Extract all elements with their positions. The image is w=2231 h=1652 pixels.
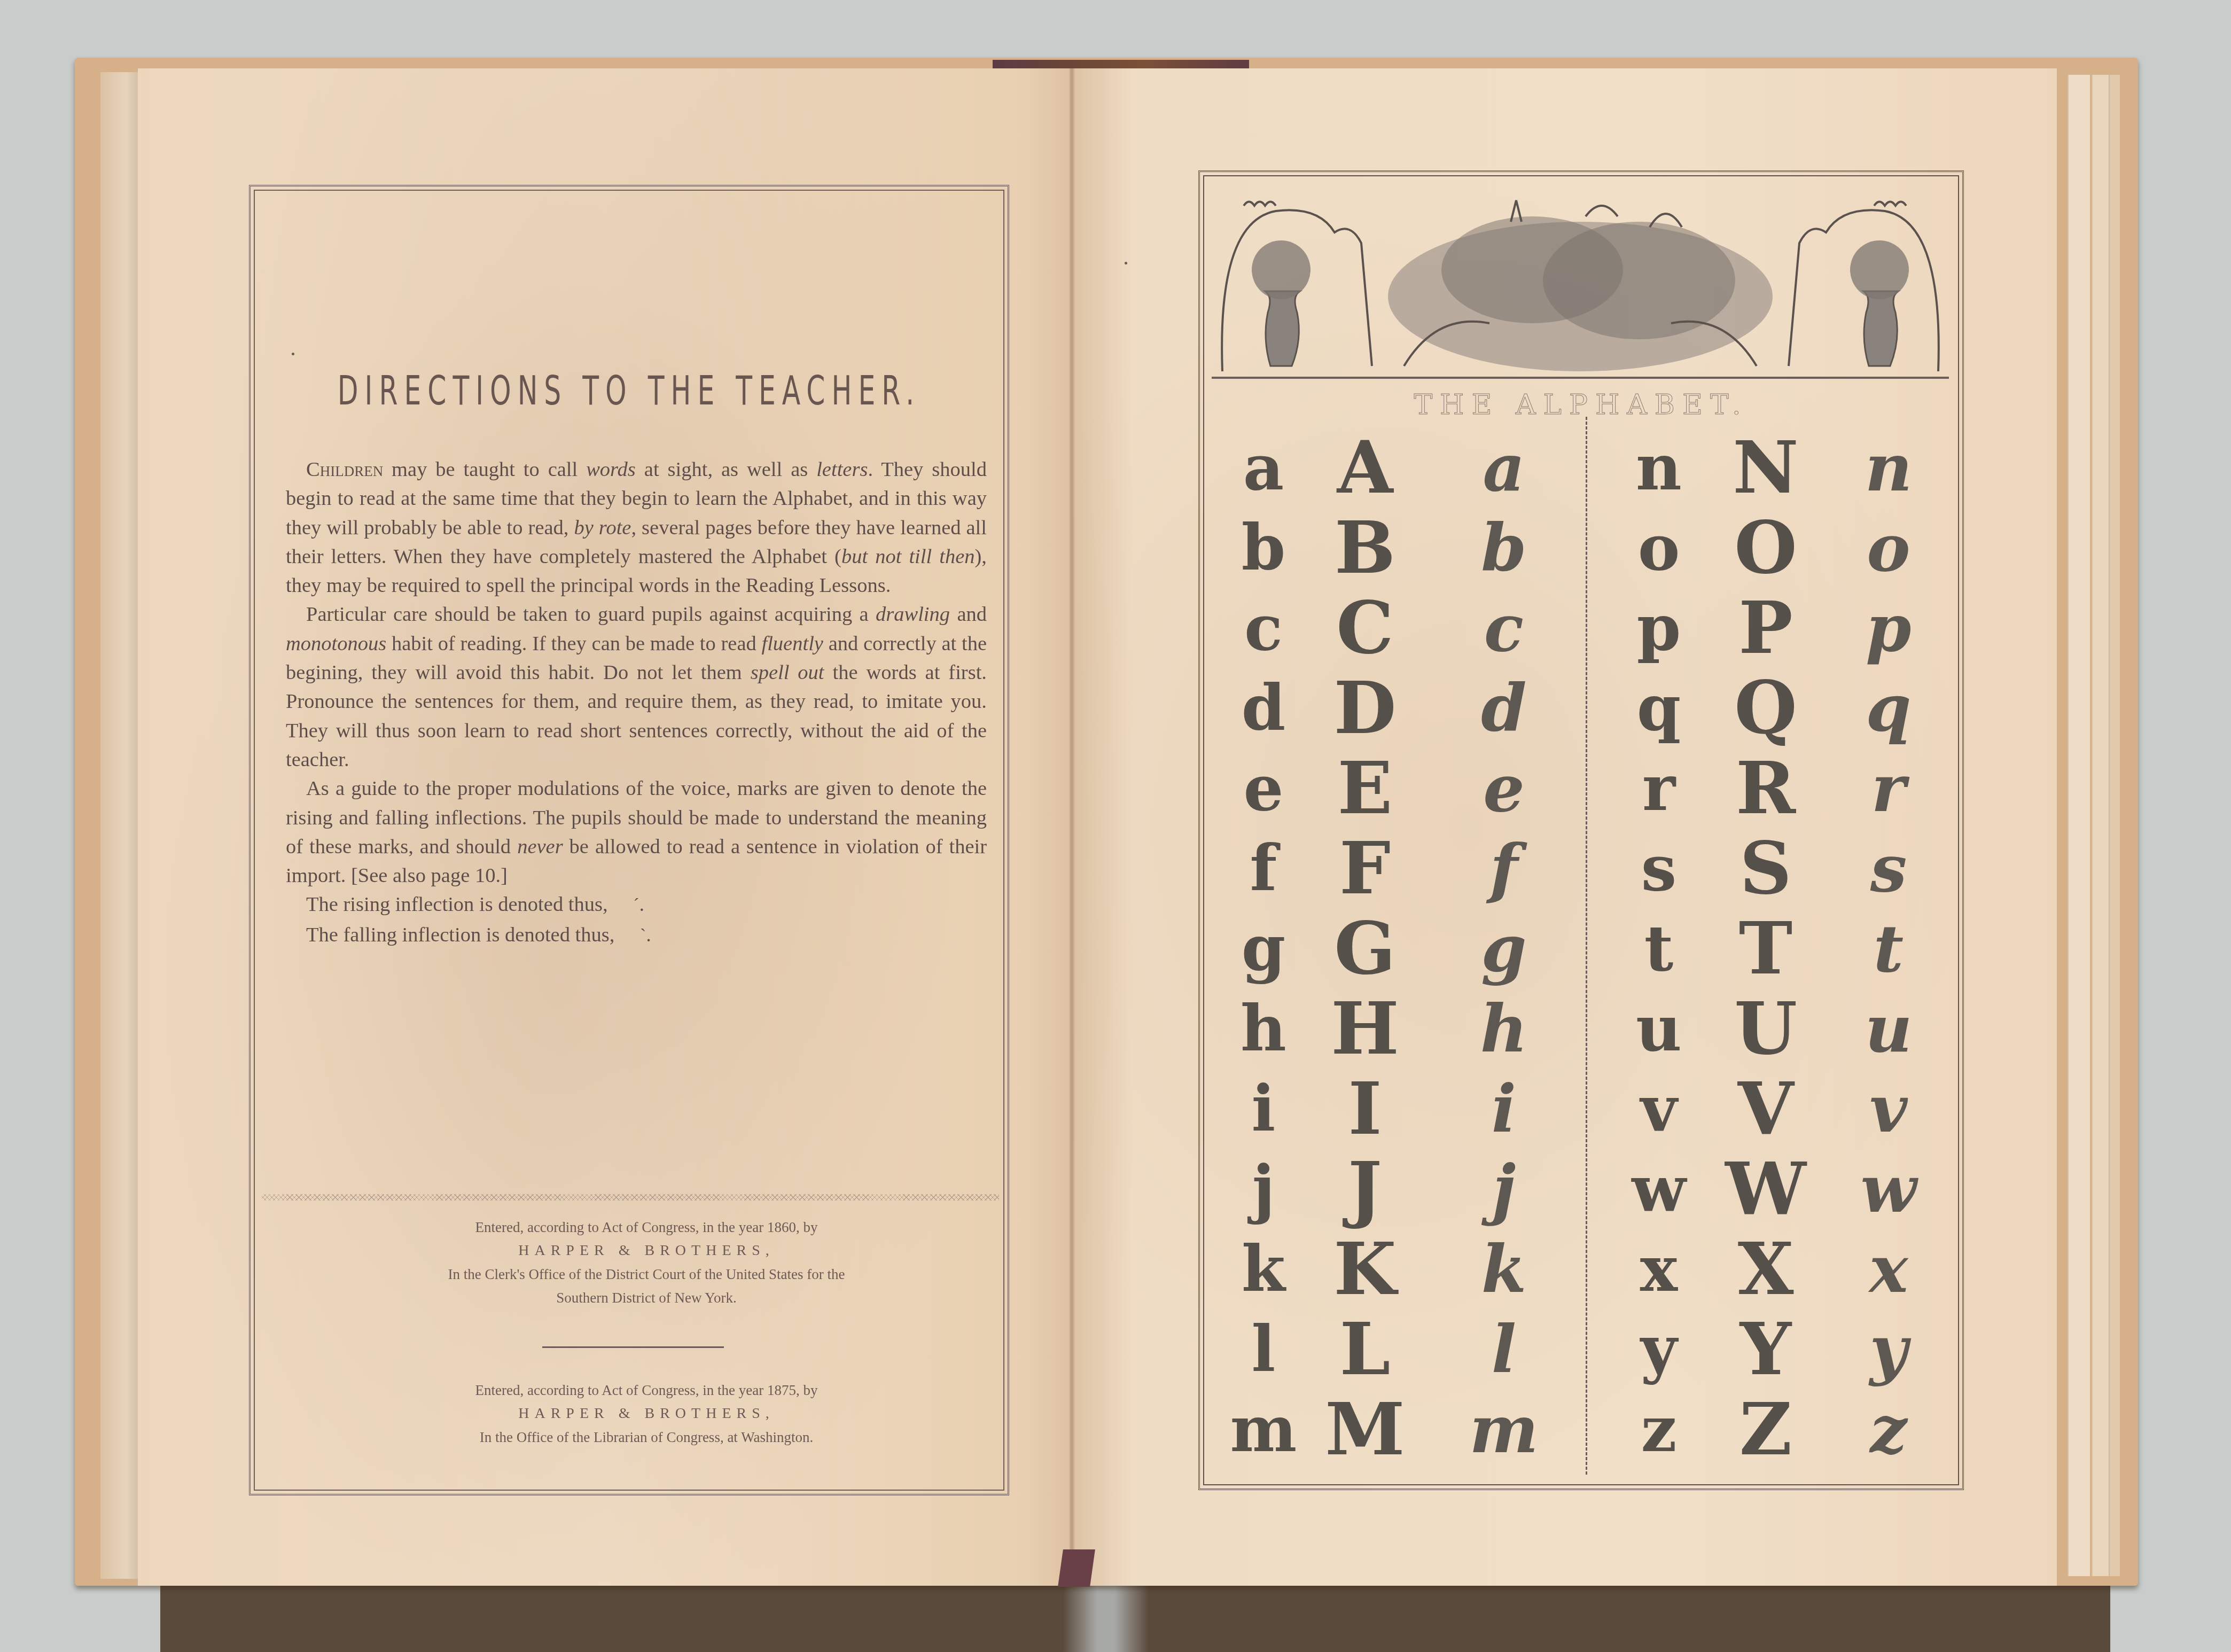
letter-roman-lower: p	[1611, 588, 1707, 668]
wavy-divider	[262, 1194, 999, 1201]
letter-roman-upper: Y	[1718, 1309, 1814, 1389]
letter-roman-lower: n	[1611, 427, 1707, 508]
alphabet-title: THE ALPHABET.	[1203, 389, 1959, 421]
letter-italic-lower: d	[1456, 668, 1552, 748]
letter-italic-lower: v	[1840, 1069, 1937, 1149]
copyright-1860: Entered, according to Act of Congress, i…	[299, 1215, 994, 1310]
italic-segment: but not till then	[841, 546, 975, 568]
letter-italic-lower: b	[1456, 508, 1552, 588]
lead-word: Children	[306, 458, 383, 481]
letter-roman-lower: j	[1215, 1149, 1312, 1229]
letter-roman-upper: W	[1718, 1149, 1814, 1229]
letter-roman-lower: c	[1215, 588, 1312, 668]
letter-roman-lower: r	[1611, 748, 1707, 828]
italic-segment: words	[586, 458, 636, 481]
letter-roman-upper: P	[1718, 588, 1814, 668]
text-segment: and	[950, 603, 987, 626]
letter-italic-lower: z	[1840, 1389, 1937, 1469]
italic-segment: fluently	[761, 633, 823, 655]
letter-italic-lower: l	[1456, 1309, 1552, 1389]
italic-segment: spell out	[751, 661, 824, 684]
paper-speck	[292, 353, 294, 355]
letter-roman-lower: x	[1611, 1229, 1707, 1309]
letter-italic-lower: o	[1840, 508, 1937, 588]
book-gutter	[1070, 68, 1075, 1586]
letter-roman-lower: e	[1215, 748, 1312, 828]
alphabet-row: a A a n N n	[1215, 427, 1953, 508]
text-segment: The falling inflection is denoted thus,	[306, 924, 620, 946]
letter-roman-upper: V	[1718, 1069, 1814, 1149]
letter-roman-upper: E	[1317, 748, 1413, 828]
letter-roman-upper: T	[1718, 908, 1814, 988]
letter-roman-lower: t	[1611, 908, 1707, 988]
alphabet-row: e E e r R r	[1215, 748, 1953, 828]
paragraph-1: Children may be taught to call words at …	[286, 455, 987, 600]
text-segment: .	[639, 893, 645, 916]
letter-italic-lower: k	[1456, 1229, 1552, 1309]
letter-roman-lower: g	[1215, 908, 1312, 988]
left-flyleaf-edge	[100, 72, 143, 1579]
letter-roman-upper: I	[1317, 1069, 1413, 1149]
text-segment: at sight, as well as	[636, 458, 816, 481]
letter-roman-upper: A	[1317, 427, 1413, 508]
letter-italic-lower: s	[1840, 828, 1937, 908]
short-rule-divider	[542, 1346, 724, 1348]
letter-roman-upper: Z	[1718, 1389, 1814, 1469]
alphabet-row: k K k x X x	[1215, 1229, 1953, 1309]
publisher-name: HARPER & BROTHERS,	[299, 1402, 994, 1425]
letter-italic-lower: g	[1456, 908, 1552, 988]
alphabet-row: d D d q Q q	[1215, 668, 1953, 748]
letter-italic-lower: x	[1840, 1229, 1937, 1309]
publisher-name: HARPER & BROTHERS,	[299, 1239, 994, 1263]
letter-roman-lower: h	[1215, 988, 1312, 1069]
text-segment: Particular care should be taken to guard…	[306, 603, 876, 626]
letter-italic-lower: e	[1456, 748, 1552, 828]
letter-roman-upper: F	[1317, 828, 1413, 908]
alphabet-row: m M m z Z z	[1215, 1389, 1953, 1469]
letter-roman-lower: v	[1611, 1069, 1707, 1149]
letter-roman-upper: L	[1317, 1309, 1413, 1389]
letter-roman-lower: s	[1611, 828, 1707, 908]
letter-roman-lower: y	[1611, 1309, 1707, 1389]
alphabet-row: b B b o O o	[1215, 508, 1953, 588]
letter-roman-lower: d	[1215, 668, 1312, 748]
letter-roman-lower: b	[1215, 508, 1312, 588]
page-stack-edge	[2092, 75, 2109, 1576]
letter-roman-lower: l	[1215, 1309, 1312, 1389]
letter-italic-lower: p	[1840, 588, 1937, 668]
italic-segment: drawling	[876, 603, 950, 626]
paragraph-3: As a guide to the proper modulations of …	[286, 774, 987, 890]
italic-segment: by rote	[574, 517, 631, 539]
letter-roman-upper: Q	[1718, 668, 1814, 748]
letter-roman-upper: U	[1718, 988, 1814, 1069]
alphabet-grid: a A a n N n b B b o O o c C c p P p d D …	[1215, 427, 1953, 1480]
text-segment: habit of reading. If they can be made to…	[386, 633, 761, 655]
page-title: DIRECTIONS TO THE TEACHER.	[254, 368, 1004, 415]
letter-roman-upper: O	[1718, 508, 1814, 588]
letter-roman-upper: N	[1718, 427, 1814, 508]
alphabet-row: l L l y Y y	[1215, 1309, 1953, 1389]
letter-italic-lower: m	[1456, 1389, 1552, 1469]
falling-inflection-icon: ˋ	[620, 922, 646, 950]
letter-roman-lower: k	[1215, 1229, 1312, 1309]
letter-roman-upper: S	[1718, 828, 1814, 908]
falling-inflection-line: The falling inflection is denoted thus, …	[286, 921, 987, 950]
letter-roman-lower: q	[1611, 668, 1707, 748]
paper-speck	[1125, 262, 1127, 264]
text-segment: may be taught to call	[383, 458, 586, 481]
letter-roman-upper: J	[1317, 1149, 1413, 1229]
letter-italic-lower: u	[1840, 988, 1937, 1069]
alphabet-row: c C c p P p	[1215, 588, 1953, 668]
letter-italic-lower: j	[1456, 1149, 1552, 1229]
letter-italic-lower: y	[1840, 1309, 1937, 1389]
rising-inflection-line: The rising inflection is denoted thus, ˊ…	[286, 890, 987, 920]
copyright-line: In the Office of the Librarian of Congre…	[299, 1425, 994, 1449]
letter-roman-lower: i	[1215, 1069, 1312, 1149]
paragraph-2: Particular care should be taken to guard…	[286, 600, 987, 774]
letter-roman-upper: G	[1317, 908, 1413, 988]
letter-italic-lower: i	[1456, 1069, 1552, 1149]
letter-roman-upper: K	[1317, 1229, 1413, 1309]
letter-italic-lower: t	[1840, 908, 1937, 988]
letter-roman-upper: X	[1718, 1229, 1814, 1309]
page-stack-edge	[2068, 75, 2090, 1576]
letter-roman-lower: z	[1611, 1389, 1707, 1469]
text-segment: The rising inflection is denoted thus,	[306, 893, 613, 916]
alphabet-row: j J j w W w	[1215, 1149, 1953, 1229]
letter-italic-lower: r	[1840, 748, 1937, 828]
copyright-line: Entered, according to Act of Congress, i…	[299, 1215, 994, 1239]
letter-roman-lower: a	[1215, 427, 1312, 508]
italic-segment: letters	[816, 458, 868, 481]
letter-italic-lower: n	[1840, 427, 1937, 508]
spine-gap-shadow	[1063, 1581, 1149, 1652]
text-segment: .	[646, 924, 651, 946]
letter-roman-lower: w	[1611, 1149, 1707, 1229]
italic-segment: never	[517, 836, 563, 858]
copyright-line: In the Clerk's Office of the District Co…	[299, 1263, 994, 1286]
letter-roman-lower: u	[1611, 988, 1707, 1069]
floral-ornament-icon	[1212, 190, 1949, 379]
letter-roman-lower: o	[1611, 508, 1707, 588]
letter-italic-lower: c	[1456, 588, 1552, 668]
alphabet-row: h H h u U u	[1215, 988, 1953, 1069]
copyright-1875: Entered, according to Act of Congress, i…	[299, 1378, 994, 1449]
alphabet-row: g G g t T t	[1215, 908, 1953, 988]
letter-roman-upper: R	[1718, 748, 1814, 828]
letter-roman-upper: H	[1317, 988, 1413, 1069]
letter-italic-lower: h	[1456, 988, 1552, 1069]
letter-italic-lower: f	[1456, 828, 1552, 908]
italic-segment: monotonous	[286, 633, 386, 655]
letter-roman-upper: C	[1317, 588, 1413, 668]
letter-italic-lower: a	[1456, 427, 1552, 508]
letter-roman-lower: m	[1215, 1389, 1312, 1469]
rising-inflection-icon: ˊ	[613, 891, 639, 920]
letter-roman-upper: D	[1317, 668, 1413, 748]
copyright-line: Entered, according to Act of Congress, i…	[299, 1378, 994, 1402]
alphabet-row: f F f s S s	[1215, 828, 1953, 908]
page-stack-edge	[2109, 75, 2120, 1576]
alphabet-row: i I i v V v	[1215, 1069, 1953, 1149]
headband-bottom	[1058, 1549, 1095, 1587]
copyright-line: Southern District of New York.	[299, 1286, 994, 1310]
letter-roman-upper: M	[1317, 1389, 1413, 1469]
directions-text: Children may be taught to call words at …	[286, 455, 987, 950]
letter-roman-upper: B	[1317, 508, 1413, 588]
letter-italic-lower: w	[1840, 1149, 1937, 1229]
letter-roman-lower: f	[1215, 828, 1312, 908]
letter-italic-lower: q	[1840, 668, 1937, 748]
